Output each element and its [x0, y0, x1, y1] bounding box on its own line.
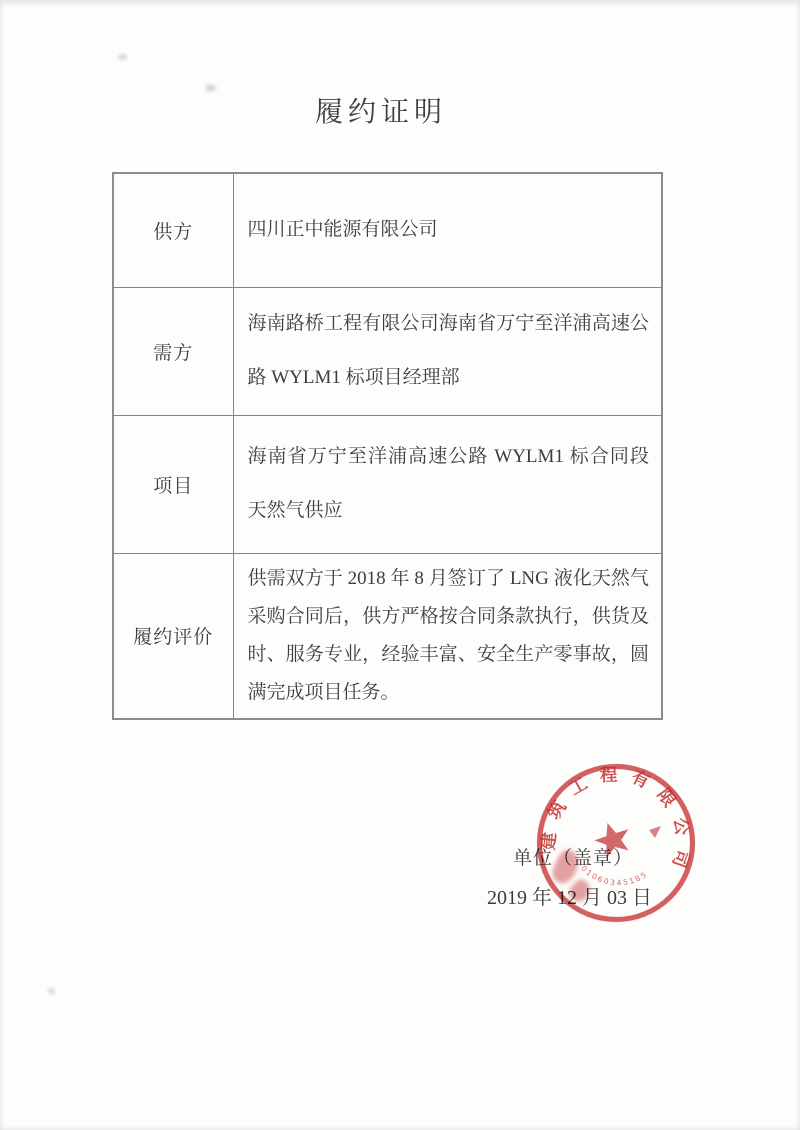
evaluation-label: 履约评价	[113, 553, 233, 719]
supplier-value: 四川正中能源有限公司	[233, 173, 662, 287]
supplier-label: 供方	[113, 173, 233, 287]
page-title: 履约证明	[0, 90, 762, 130]
scan-artifact	[48, 988, 55, 994]
unit-stamp-label: 单位（盖章）	[513, 843, 633, 870]
scan-artifact	[205, 84, 216, 92]
project-label: 项目	[113, 415, 233, 553]
buyer-label: 需方	[113, 287, 233, 415]
seal-ink-fleck	[649, 826, 661, 838]
evaluation-value: 供需双方于 2018 年 8 月签订了 LNG 液化天然气采购合同后，供方严格按…	[233, 553, 662, 719]
date-label: 2019 年 12 月 03 日	[487, 881, 652, 910]
buyer-value: 海南路桥工程有限公司海南省万宁至洋浦高速公路 WYLM1 标项目经理部	[233, 287, 662, 415]
table-row-buyer: 需方 海南路桥工程有限公司海南省万宁至洋浦高速公路 WYLM1 标项目经理部	[113, 287, 662, 415]
performance-certificate-table: 供方 四川正中能源有限公司 需方 海南路桥工程有限公司海南省万宁至洋浦高速公路 …	[112, 172, 663, 720]
table-row-evaluation: 履约评价 供需双方于 2018 年 8 月签订了 LNG 液化天然气采购合同后，…	[113, 553, 662, 719]
scanned-document-page: 履约证明 供方 四川正中能源有限公司 需方 海南路桥工程有限公司海南省万宁至洋浦…	[0, 0, 800, 1130]
table-row-project: 项目 海南省万宁至洋浦高速公路 WYLM1 标合同段天然气供应	[113, 415, 662, 553]
table-row-supplier: 供方 四川正中能源有限公司	[113, 173, 662, 287]
scan-artifact	[118, 54, 127, 60]
project-value: 海南省万宁至洋浦高速公路 WYLM1 标合同段天然气供应	[233, 415, 662, 553]
